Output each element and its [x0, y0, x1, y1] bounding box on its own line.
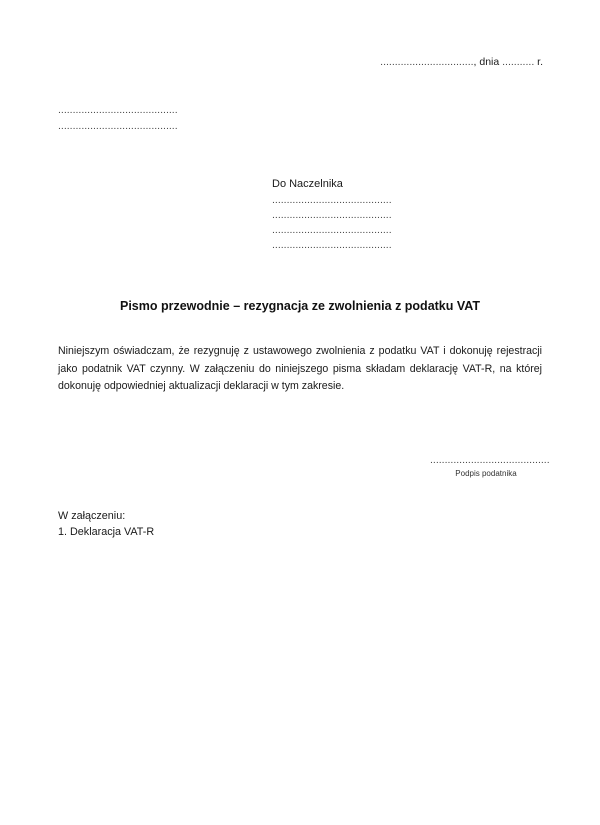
document-body: Niniejszym oświadczam, że rezygnuję z us…	[58, 343, 542, 396]
recipient-block: Do Naczelnika ..........................…	[272, 177, 392, 253]
attachments-heading: W załączeniu:	[58, 508, 154, 524]
date-label: , dnia	[474, 56, 500, 68]
year-suffix: r.	[537, 56, 543, 68]
signature-line: ........................................…	[430, 453, 542, 467]
signature-caption: Podpis podatnika	[430, 467, 542, 481]
sender-block: ........................................…	[58, 102, 178, 134]
attachments-block: W załączeniu: 1. Deklaracja VAT-R	[58, 508, 154, 540]
place-and-date-field: ................................, dnia .…	[380, 56, 543, 68]
recipient-label: Do Naczelnika	[272, 177, 392, 192]
sender-line: ........................................…	[58, 118, 178, 134]
date-placeholder: ...........	[502, 56, 534, 68]
sender-line: ........................................…	[58, 102, 178, 118]
document-title: Pismo przewodnie – rezygnacja ze zwolnie…	[0, 299, 600, 313]
recipient-line: ........................................…	[272, 223, 392, 238]
recipient-line: ........................................…	[272, 193, 392, 208]
place-placeholder: ................................	[380, 56, 473, 68]
signature-block: ........................................…	[430, 453, 542, 481]
recipient-line: ........................................…	[272, 238, 392, 253]
recipient-line: ........................................…	[272, 208, 392, 223]
attachment-item: 1. Deklaracja VAT-R	[58, 524, 154, 540]
